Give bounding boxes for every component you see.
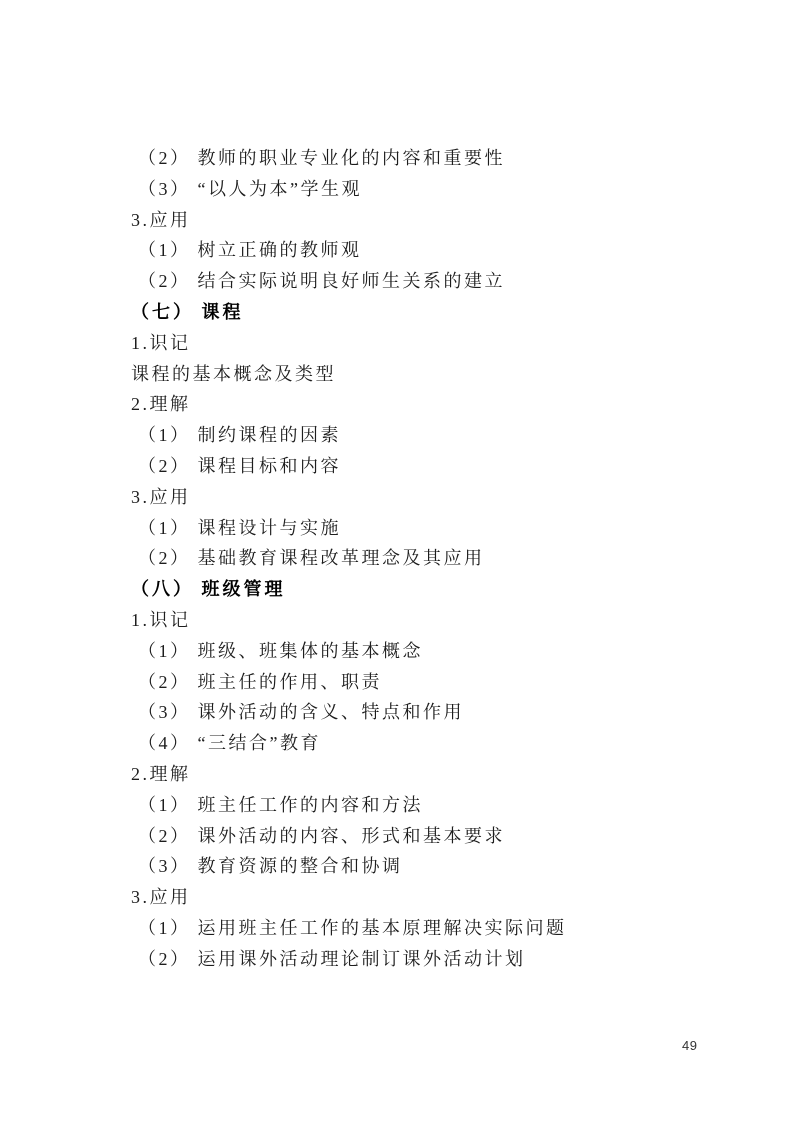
text-line: 3.应用 [131,205,691,236]
text-line: （2） 课外活动的内容、形式和基本要求 [131,821,691,852]
text-line: （3） “以人为本”学生观 [131,174,691,205]
text-line: 2.理解 [131,759,691,790]
page-number: 49 [682,1038,697,1053]
section-heading: （七） 课程 [131,297,691,328]
text-line: 1.识记 [131,328,691,359]
text-line: （1） 树立正确的教师观 [131,235,691,266]
text-line: 3.应用 [131,482,691,513]
text-line: （1） 制约课程的因素 [131,420,691,451]
text-line: （2） 课程目标和内容 [131,451,691,482]
text-line: （1） 运用班主任工作的基本原理解决实际问题 [131,913,691,944]
text-line: 1.识记 [131,605,691,636]
document-content: （2） 教师的职业专业化的内容和重要性（3） “以人为本”学生观3.应用（1） … [131,143,691,975]
text-line: （1） 班主任工作的内容和方法 [131,790,691,821]
text-line: 3.应用 [131,882,691,913]
text-line: （2） 结合实际说明良好师生关系的建立 [131,266,691,297]
text-line: （4） “三结合”教育 [131,728,691,759]
document-page: （2） 教师的职业专业化的内容和重要性（3） “以人为本”学生观3.应用（1） … [0,0,793,1122]
text-line: （2） 教师的职业专业化的内容和重要性 [131,143,691,174]
text-line: （2） 基础教育课程改革理念及其应用 [131,543,691,574]
text-line: （1） 课程设计与实施 [131,513,691,544]
text-line: （3） 教育资源的整合和协调 [131,851,691,882]
section-heading: （八） 班级管理 [131,574,691,605]
text-line: （2） 运用课外活动理论制订课外活动计划 [131,944,691,975]
text-line: （3） 课外活动的含义、特点和作用 [131,697,691,728]
text-line: 2.理解 [131,389,691,420]
text-line: （1） 班级、班集体的基本概念 [131,636,691,667]
text-line: （2） 班主任的作用、职责 [131,667,691,698]
text-line: 课程的基本概念及类型 [131,359,691,390]
